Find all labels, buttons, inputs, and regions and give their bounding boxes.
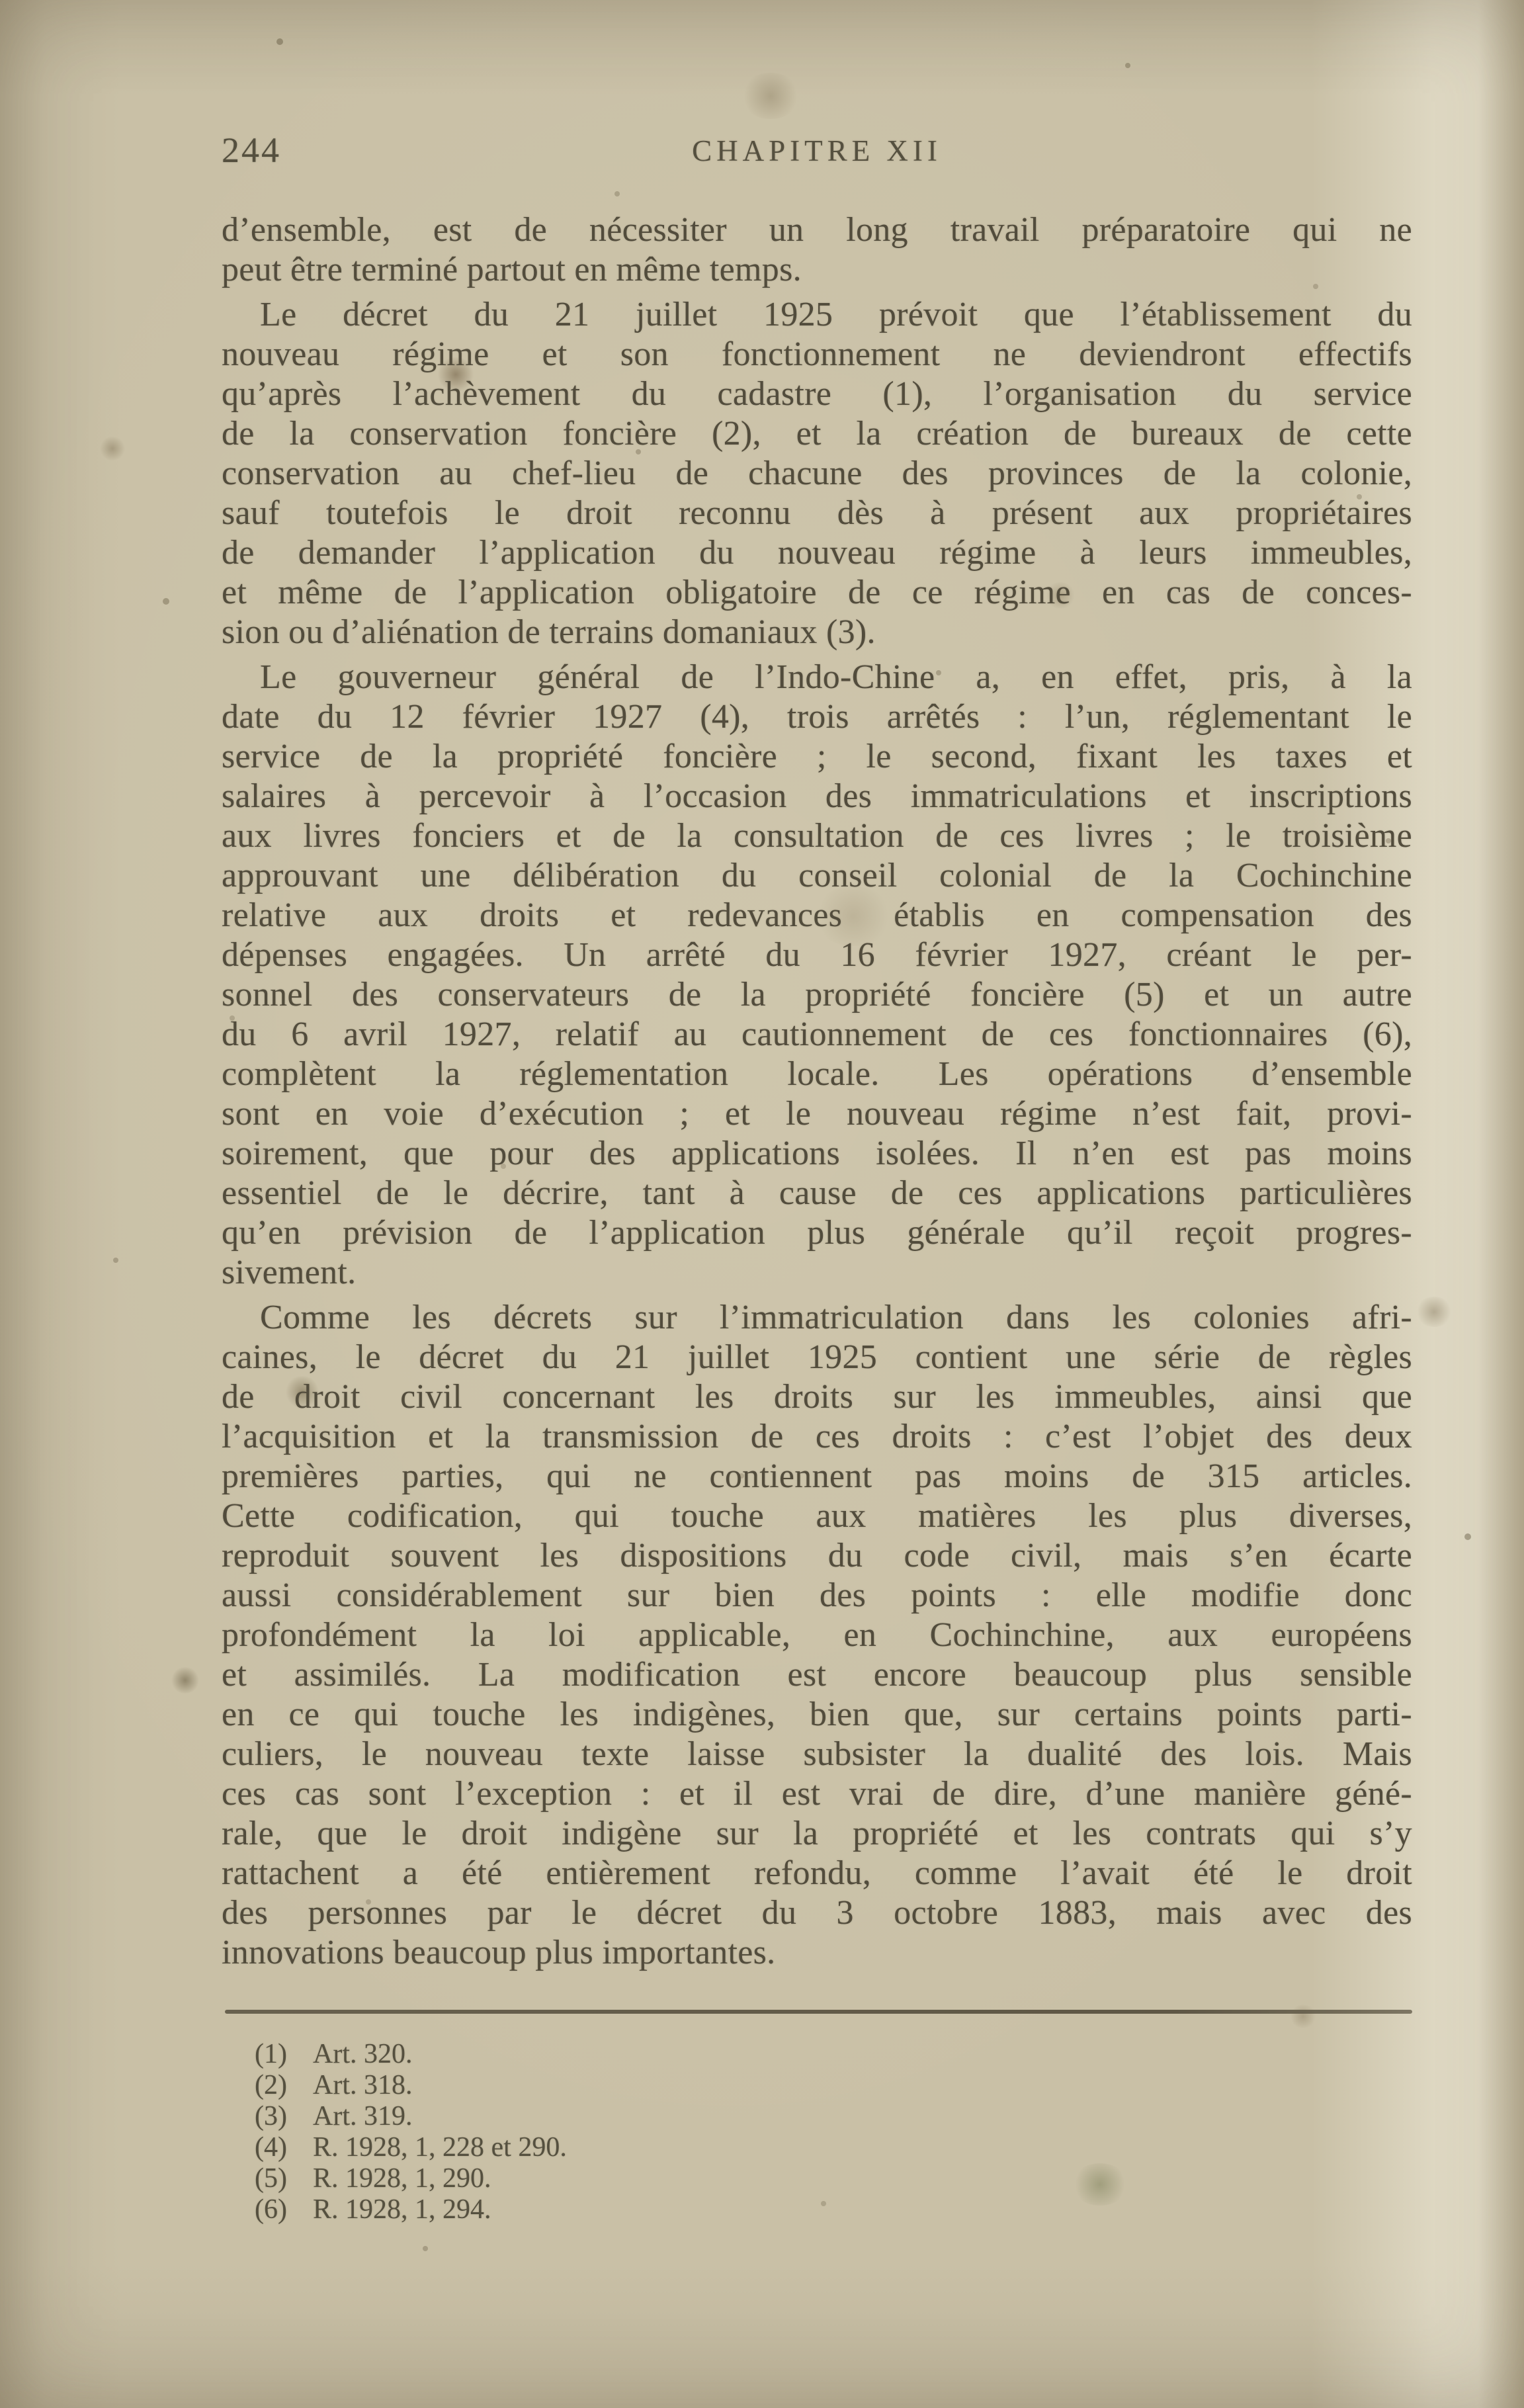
paper-stain: [1416, 1297, 1453, 1327]
paragraph: Comme les décrets sur l’immatriculation …: [222, 1298, 1412, 1973]
body-line: Le décret du 21 juillet 1925 prévoit que…: [222, 295, 1412, 335]
scanned-book-page: 244 CHAPITRE XII d’ensemble, est de néce…: [0, 0, 1524, 2408]
footnote-marker: (4): [255, 2132, 313, 2163]
footnote-text: R. 1928, 1, 290.: [313, 2163, 1379, 2194]
footnote-item: (6)R. 1928, 1, 294.: [255, 2194, 1379, 2225]
body-line: Cette codification, qui touche aux matiè…: [222, 1496, 1412, 1536]
body-line: Le gouverneur général de l’Indo-Chine a,…: [222, 658, 1412, 697]
body-line: aussi considérablement sur bien des poin…: [222, 1576, 1412, 1615]
body-line: soirement, que pour des applications iso…: [222, 1134, 1412, 1174]
body-line: sivement.: [222, 1253, 1412, 1293]
body-line: de demander l’application du nouveau rég…: [222, 533, 1412, 573]
footnote-text: Art. 319.: [313, 2101, 1379, 2132]
body-line: rale, que le droit indigène sur la propr…: [222, 1814, 1412, 1854]
footnote-item: (3)Art. 319.: [255, 2101, 1379, 2132]
footnote-text: R. 1928, 1, 228 et 290.: [313, 2132, 1379, 2163]
footnote-item: (1)Art. 320.: [255, 2039, 1379, 2070]
body-line: et assimilés. La modification est encore…: [222, 1655, 1412, 1695]
body-line: reproduit souvent les dispositions du co…: [222, 1536, 1412, 1576]
paragraph: d’ensemble, est de nécessiter un long tr…: [222, 210, 1412, 290]
body-line: relative aux droits et redevances établi…: [222, 896, 1412, 935]
footnote-marker: (2): [255, 2070, 313, 2101]
footnote-text: Art. 320.: [313, 2039, 1379, 2070]
body-line: sonnel des conservateurs de la propriété…: [222, 975, 1412, 1015]
body-line: innovations beaucoup plus importantes.: [222, 1933, 1412, 1973]
body-line: caines, le décret du 21 juillet 1925 con…: [222, 1338, 1412, 1377]
body-line: sauf toutefois le droit reconnu dès à pr…: [222, 494, 1412, 533]
body-line: approuvant une délibération du conseil c…: [222, 856, 1412, 896]
body-line: nouveau régime et son fonctionnement ne …: [222, 335, 1412, 374]
body-line: l’acquisition et la transmission de ces …: [222, 1417, 1412, 1457]
body-line: conservation au chef-lieu de chacune des…: [222, 454, 1412, 494]
body-line: rattachent a été entièrement refondu, co…: [222, 1854, 1412, 1893]
body-line: Comme les décrets sur l’immatriculation …: [222, 1298, 1412, 1338]
footnote-marker: (1): [255, 2039, 313, 2070]
footnote-item: (5)R. 1928, 1, 290.: [255, 2163, 1379, 2194]
body-text: d’ensemble, est de nécessiter un long tr…: [222, 210, 1412, 1973]
footnote-marker: (5): [255, 2163, 313, 2194]
running-title: CHAPITRE XII: [222, 134, 1412, 168]
body-line: d’ensemble, est de nécessiter un long tr…: [222, 210, 1412, 250]
paper-specks: [0, 0, 4, 4]
paper-stain: [99, 437, 126, 460]
footnote-item: (2)Art. 318.: [255, 2070, 1379, 2101]
body-line: date du 12 février 1927 (4), trois arrêt…: [222, 697, 1412, 737]
body-line: qu’en prévision de l’application plus gé…: [222, 1213, 1412, 1253]
body-line: essentiel de le décrire, tant à cause de…: [222, 1174, 1412, 1213]
body-line: complètent la réglementation locale. Les…: [222, 1054, 1412, 1094]
footnote-item: (4)R. 1928, 1, 228 et 290.: [255, 2132, 1379, 2163]
body-line: premières parties, qui ne contiennent pa…: [222, 1457, 1412, 1496]
body-line: des personnes par le décret du 3 octobre…: [222, 1893, 1412, 1933]
footnote-marker: (3): [255, 2101, 313, 2132]
footnote-marker: (6): [255, 2194, 313, 2225]
paragraph: Le décret du 21 juillet 1925 prévoit que…: [222, 295, 1412, 652]
body-line: culiers, le nouveau texte laisse subsist…: [222, 1735, 1412, 1774]
body-line: en ce qui touche les indigènes, bien que…: [222, 1695, 1412, 1735]
body-line: sont en voie d’exécution ; et le nouveau…: [222, 1094, 1412, 1134]
footnotes: (1)Art. 320.(2)Art. 318.(3)Art. 319.(4)R…: [255, 2039, 1379, 2225]
body-line: sion ou d’aliénation de terrains domania…: [222, 613, 1412, 652]
footnote-text: R. 1928, 1, 294.: [313, 2194, 1379, 2225]
footnote-text: Art. 318.: [313, 2070, 1379, 2101]
body-line: et même de l’application obligatoire de …: [222, 573, 1412, 613]
paper-stain: [741, 73, 800, 119]
paragraph: Le gouverneur général de l’Indo-Chine a,…: [222, 658, 1412, 1293]
body-line: profondément la loi applicable, en Cochi…: [222, 1615, 1412, 1655]
page-header: 244 CHAPITRE XII: [222, 130, 1412, 176]
body-line: qu’après l’achèvement du cadastre (1), l…: [222, 374, 1412, 414]
body-line: de la conservation foncière (2), et la c…: [222, 414, 1412, 454]
body-line: ces cas sont l’exception : et il est vra…: [222, 1774, 1412, 1814]
paper-stain: [1290, 2004, 1316, 2028]
footnote-divider: [225, 2010, 1412, 2014]
body-line: peut être terminé partout en même temps.: [222, 250, 1412, 290]
body-line: service de la propriété foncière ; le se…: [222, 737, 1412, 777]
body-line: salaires à percevoir à l’occasion des im…: [222, 777, 1412, 816]
body-line: aux livres fonciers et de la consultatio…: [222, 816, 1412, 856]
body-line: dépenses engagées. Un arrêté du 16 févri…: [222, 935, 1412, 975]
body-line: de droit civil concernant les droits sur…: [222, 1377, 1412, 1417]
body-line: du 6 avril 1927, relatif au cautionnemen…: [222, 1015, 1412, 1054]
paper-stain: [171, 1667, 200, 1694]
